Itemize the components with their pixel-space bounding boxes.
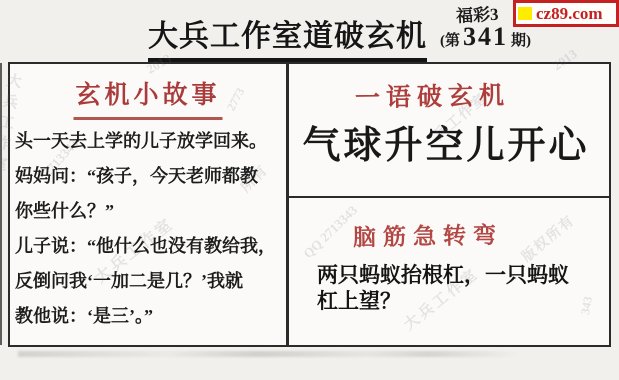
story-panel: 玄机小故事 头一天去上学的儿子放学回来。 妈妈问：“孩子，今天老师都教 你些什么… [10, 64, 289, 345]
mystery-panel: 一语破玄机 气球升空儿开心 [289, 64, 609, 198]
page-title: 大兵工作室道破玄机 [148, 11, 427, 62]
issue-number: 341 [460, 22, 511, 51]
story-line: 教他说：‘是三’。” [15, 299, 284, 334]
mystery-phrase: 气球升空儿开心 [289, 114, 603, 169]
mystery-panel-title: 一语破玄机 [355, 76, 511, 115]
riddle-panel-title: 脑筋急转弯 [353, 217, 504, 253]
issue-suffix: 期) [511, 33, 531, 49]
story-line: 儿子说：“他什么也没有教给我， [15, 229, 284, 264]
story-line: 头一天去上学的儿子放学回来。 [15, 124, 284, 159]
riddle-panel: 脑筋急转弯 两只蚂蚁抬根杠，一只蚂蚁 杠上望？ [289, 198, 609, 345]
logo-square-icon [518, 7, 532, 20]
site-logo-link[interactable]: cz89.com [513, 0, 619, 27]
story-line: 妈妈问：“孩子，今天老师都教 [15, 159, 284, 194]
riddle-text: 两只蚂蚁抬根杠，一只蚂蚁 杠上望？ [317, 262, 569, 314]
issue-line: (第341期) [440, 33, 531, 49]
logo-text: cz89.com [536, 4, 603, 24]
riddle-line: 杠上望？ [317, 288, 569, 314]
lottery-tip-sheet: 大兵工作室道破玄机 福彩3 (第341期) cz89.com 玄机小故事 头一天… [0, 0, 619, 380]
story-panel-title: 玄机小故事 [73, 75, 222, 120]
story-line: 你些什么？” [15, 194, 284, 229]
content-panels: 玄机小故事 头一天去上学的儿子放学回来。 妈妈问：“孩子，今天老师都教 你些什么… [8, 62, 611, 347]
right-column: 一语破玄机 气球升空儿开心 脑筋急转弯 两只蚂蚁抬根杠，一只蚂蚁 杠上望？ [289, 64, 609, 345]
riddle-line: 两只蚂蚁抬根杠，一只蚂蚁 [317, 262, 569, 288]
scan-smudge-artifact [18, 351, 518, 357]
issue-prefix: (第 [440, 33, 460, 49]
story-line: 反倒问我‘一加二是几？’我就 [15, 264, 284, 299]
scan-edge-artifact [0, 63, 2, 345]
story-text: 头一天去上学的儿子放学回来。 妈妈问：“孩子，今天老师都教 你些什么？” 儿子说… [15, 124, 284, 334]
